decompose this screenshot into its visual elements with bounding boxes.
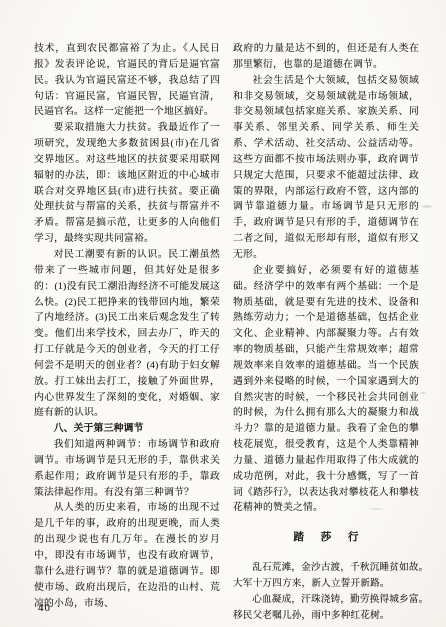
paragraph: 对民工潮要有新的认识。民工潮虽然带来了一些城市问题，但其好处是很多的：(1)没有… <box>34 247 220 421</box>
poem-line: 乱石荒滩，金沙古渡，千秋沉睡贫如故。 <box>233 560 419 576</box>
poem-title: 踏莎行 <box>233 530 419 546</box>
page-number: 40 <box>38 602 51 614</box>
left-column: 技术，直到农民都富裕了为止。《人民日报》发表评论说，官逼民的背后是逼官富民。我认… <box>34 41 220 624</box>
paragraph: 社会生活是个大领域，包括交易领域和非交易领域，交易领域就是市场领域，非交易领域包… <box>233 73 419 263</box>
scan-artifact <box>370 508 384 510</box>
poem-line: 大军十万四方来，新人立誓开新路。 <box>233 576 419 592</box>
paragraph: 技术，直到农民都富裕了为止。《人民日报》发表评论说，官逼民的背后是逼官富民。我认… <box>34 41 220 120</box>
poem-line: 心血凝成，汗珠浇铸，勤劳换得城乡富。 <box>233 592 419 608</box>
poem-line: 移民父老嘱儿孙，雨中多种红花树。 <box>233 608 419 624</box>
paragraph: 企业要搞好，必须要有好的道德基础。经济学中的效率有两个基础：一个是物质基础，就是… <box>233 263 419 517</box>
paragraph: 从人类的历史来看，市场的出现不过是几千年的事，政府的出现更晚，而人类的出现少说也… <box>34 500 220 611</box>
paragraph: 要采取措施大力扶贫。我最近作了一项研究，发现绝大多数贫困县(市)在几省交界地区。… <box>34 120 220 247</box>
text-columns: 技术，直到农民都富裕了为止。《人民日报》发表评论说，官逼民的背后是逼官富民。我认… <box>34 41 419 624</box>
paragraph: 政府的力量是达不到的，但还是有人类在那里繁衍，也靠的是道德在调节。 <box>233 41 419 73</box>
poem-block: 踏莎行 乱石荒滩，金沙古渡，千秋沉睡贫如故。 大军十万四方来，新人立誓开新路。 … <box>233 530 419 623</box>
scanned-book-page: 技术，直到农民都富裕了为止。《人民日报》发表评论说，官逼民的背后是逼官富民。我认… <box>0 0 446 627</box>
scan-artifact <box>420 392 426 394</box>
paragraph: 我们知道两种调节：市场调节和政府调节。市场调节是只无形的手，靠供求关系起作用；政… <box>34 437 220 500</box>
right-column: 政府的力量是达不到的，但还是有人类在那里繁衍，也靠的是道德在调节。 社会生活是个… <box>233 41 419 624</box>
scan-artifact <box>422 205 432 208</box>
section-heading: 八、关于第三种调节 <box>34 421 220 437</box>
